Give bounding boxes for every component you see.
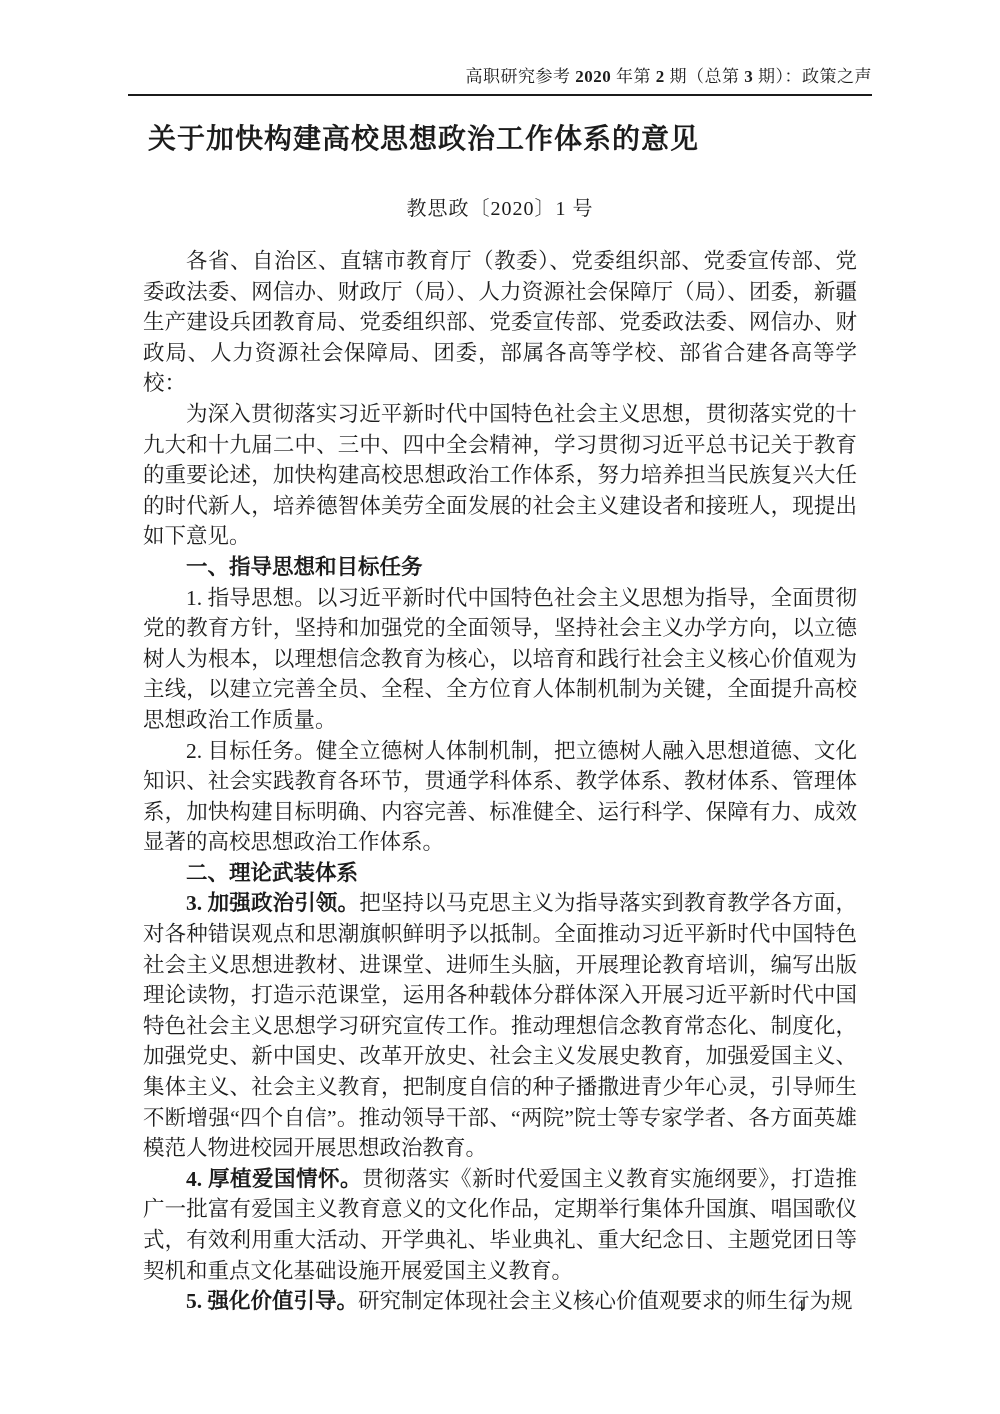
- document-body: 各省、自治区、直辖市教育厅（教委）、党委组织部、党委宣传部、党委政法委、网信办、…: [143, 246, 857, 1317]
- header-rule: [128, 94, 872, 96]
- text-run: 把坚持以马克思主义为指导落实到教育教学各方面，对各种错误观点和思潮旗帜鲜明予以抵…: [143, 891, 857, 1160]
- text-run: 一、指导思想和目标任务: [186, 555, 423, 579]
- masthead-run: 2: [656, 67, 665, 86]
- paragraph: 各省、自治区、直辖市教育厅（教委）、党委组织部、党委宣传部、党委政法委、网信办、…: [143, 246, 857, 399]
- text-run: 为深入贯彻落实习近平新时代中国特色社会主义思想，贯彻落实党的十九大和十九届二中、…: [143, 402, 857, 548]
- text-run: 1. 指导思想。以习近平新时代中国特色社会主义思想为指导，全面贯彻党的教育方针，…: [143, 586, 857, 732]
- masthead-run: 高职研究参考: [466, 67, 576, 86]
- text-run: 4. 厚植爱国情怀。: [186, 1167, 362, 1191]
- paragraph: 1. 指导思想。以习近平新时代中国特色社会主义思想为指导，全面贯彻党的教育方针，…: [143, 583, 857, 736]
- paragraph: 3. 加强政治引领。把坚持以马克思主义为指导落实到教育教学各方面，对各种错误观点…: [143, 888, 857, 1163]
- text-run: 各省、自治区、直辖市教育厅（教委）、党委组织部、党委宣传部、党委政法委、网信办、…: [143, 249, 857, 395]
- masthead-run: 2020: [575, 67, 611, 86]
- masthead-text: 高职研究参考 2020 年第 2 期（总第 3 期）：政策之声: [466, 67, 873, 86]
- doc-number: 教思政〔2020〕1 号: [0, 192, 1000, 221]
- text-run: 5. 强化价值引导。: [186, 1289, 358, 1313]
- section-heading: 一、指导思想和目标任务: [143, 552, 857, 583]
- masthead-run: 期）：政策之声: [753, 67, 872, 86]
- paragraph: 2. 目标任务。健全立德树人体制机制，把立德树人融入思想道德、文化知识、社会实践…: [143, 736, 857, 858]
- masthead-run: 3: [744, 67, 753, 86]
- text-run: 3. 加强政治引领。: [186, 891, 359, 915]
- document-page: 高职研究参考 2020 年第 2 期（总第 3 期）：政策之声 关于加快构建高校…: [0, 0, 1000, 1414]
- paragraph: 4. 厚植爱国情怀。贯彻落实《新时代爱国主义教育实施纲要》，打造推广一批富有爱国…: [143, 1164, 857, 1286]
- paragraph: 为深入贯彻落实习近平新时代中国特色社会主义思想，贯彻落实党的十九大和十九届二中、…: [143, 399, 857, 552]
- text-run: 2. 目标任务。健全立德树人体制机制，把立德树人融入思想道德、文化知识、社会实践…: [143, 739, 857, 855]
- masthead: 高职研究参考 2020 年第 2 期（总第 3 期）：政策之声: [128, 0, 872, 87]
- masthead-run: 年第: [611, 67, 656, 86]
- section-heading: 二、理论武装体系: [143, 858, 857, 889]
- document-title: 关于加快构建高校思想政治工作体系的意见: [148, 118, 699, 160]
- paragraph: 5. 强化价值引导。研究制定体现社会主义核心价值观要求的师生行为规: [143, 1286, 857, 1317]
- masthead-run: 期（总第: [665, 67, 745, 86]
- page-number: 4: [770, 1296, 830, 1316]
- text-run: 二、理论武装体系: [186, 861, 358, 885]
